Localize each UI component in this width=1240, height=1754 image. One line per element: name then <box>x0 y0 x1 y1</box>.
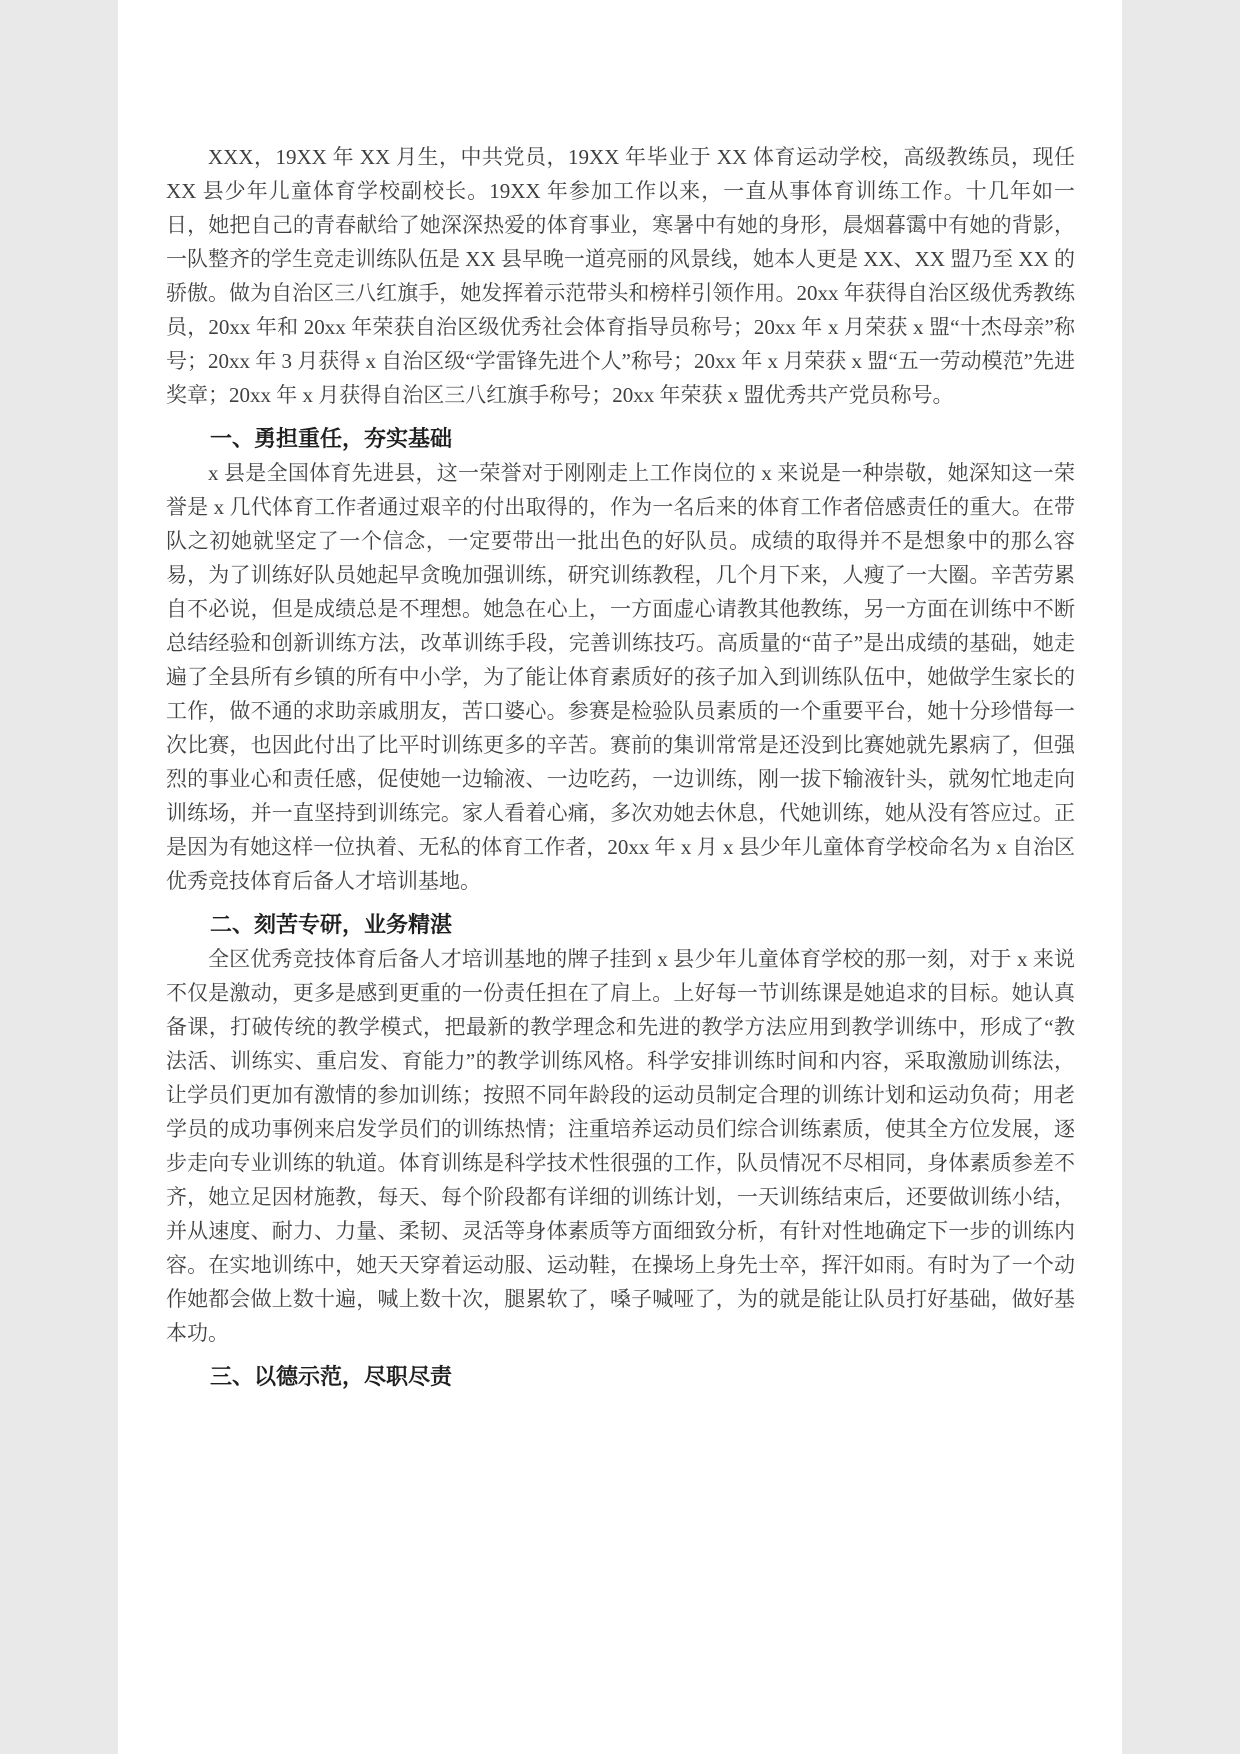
section-1-heading: 一、勇担重任，夯实基础 <box>166 422 1075 456</box>
document-body: XXX，19XX 年 XX 月生，中共党员，19XX 年毕业于 XX 体育运动学… <box>166 140 1075 1394</box>
section-2-heading: 二、刻苦专研，业务精湛 <box>166 908 1075 942</box>
section-2-paragraph: 全区优秀竞技体育后备人才培训基地的牌子挂到 x 县少年儿童体育学校的那一刻，对于… <box>166 942 1075 1350</box>
section-3-heading: 三、以德示范，尽职尽责 <box>166 1360 1075 1394</box>
page-canvas: XXX，19XX 年 XX 月生，中共党员，19XX 年毕业于 XX 体育运动学… <box>0 0 1240 1754</box>
document-page: XXX，19XX 年 XX 月生，中共党员，19XX 年毕业于 XX 体育运动学… <box>118 0 1122 1754</box>
section-1-paragraph: x 县是全国体育先进县，这一荣誉对于刚刚走上工作岗位的 x 来说是一种崇敬，她深… <box>166 456 1075 898</box>
intro-paragraph: XXX，19XX 年 XX 月生，中共党员，19XX 年毕业于 XX 体育运动学… <box>166 140 1075 412</box>
